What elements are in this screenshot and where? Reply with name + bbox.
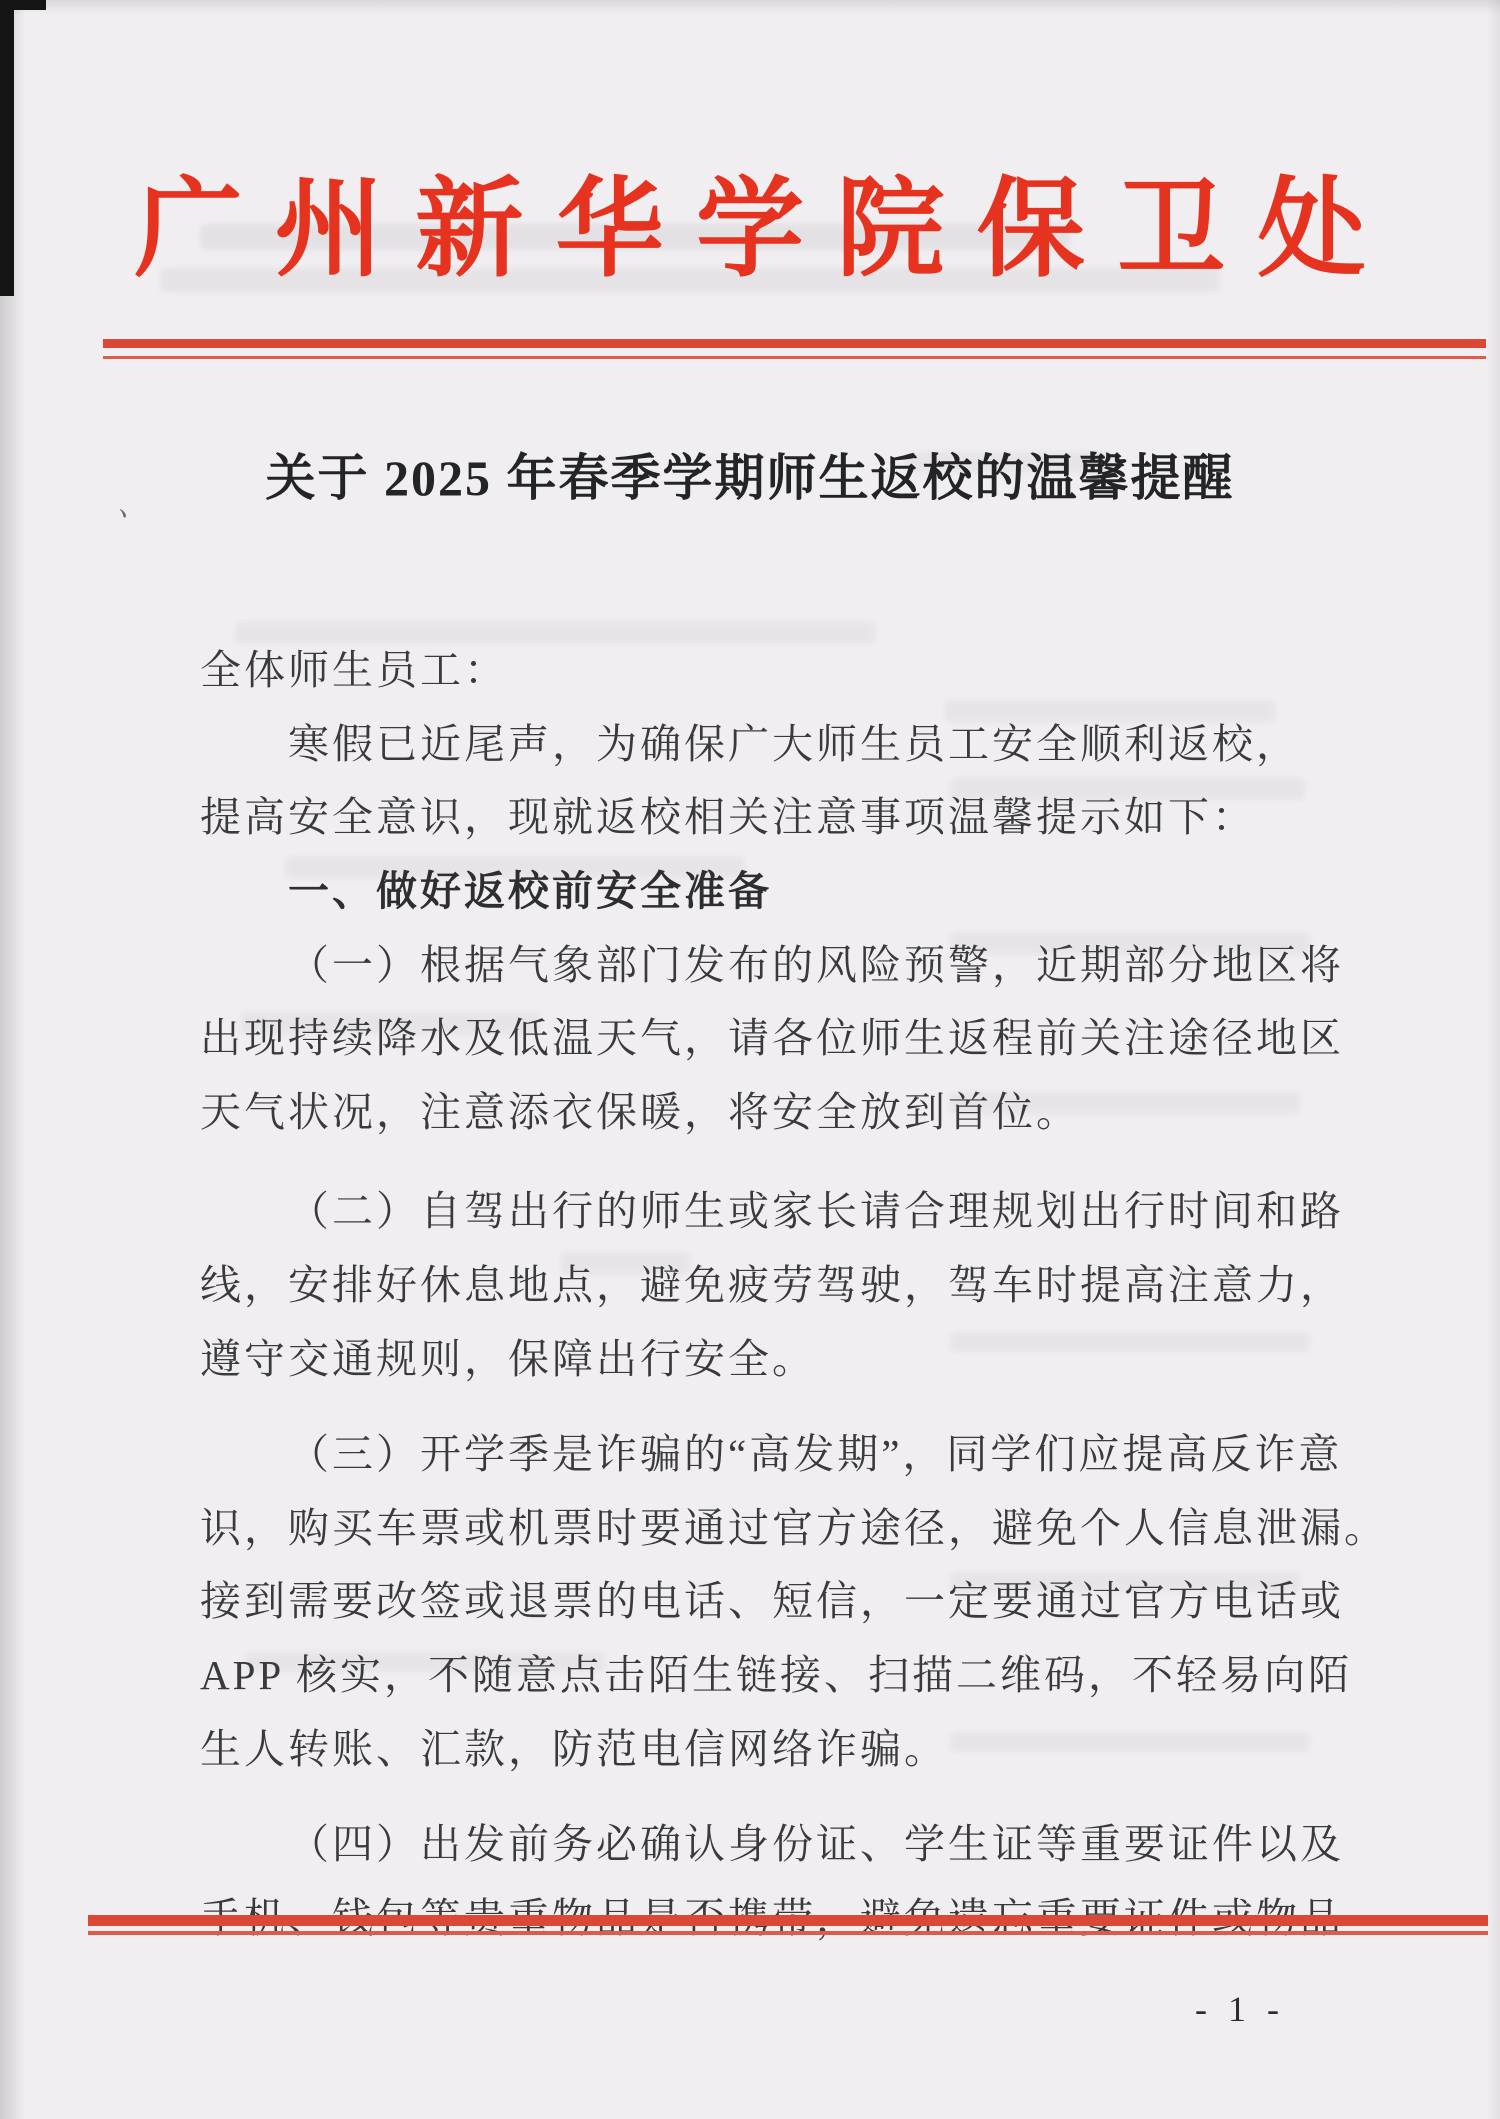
scan-shadow-right — [1486, 0, 1500, 2119]
scanned-document-page: 广州新华学院保卫处 关于 2025 年春季学期师生返校的温馨提醒 、 全体师生员… — [0, 0, 1500, 2119]
scanner-edge-artifact — [0, 0, 46, 10]
body-line: 提高安全意识，现就返校相关注意事项温馨提示如下： — [200, 777, 1330, 851]
header-rule-thin — [103, 356, 1486, 359]
paragraph-item1: （一）根据气象部门发布的风险预警，近期部分地区将 出现持续降水及低温天气，请各位… — [200, 924, 1330, 1145]
body-line: 识，购买车票或机票时要通过官方途径，避免个人信息泄漏。 — [200, 1488, 1330, 1562]
body-line: 生人转账、汇款，防范电信网络诈骗。 — [200, 1708, 1330, 1782]
body-line: 出现持续降水及低温天气，请各位师生返程前关注途径地区 — [200, 998, 1330, 1072]
footer-rule-thin — [88, 1931, 1488, 1935]
scan-shadow-left — [0, 0, 26, 2119]
page-number: - 1 - — [1195, 1988, 1285, 2030]
body-line: APP 核实，不随意点击陌生链接、扫描二维码，不轻易向陌 — [200, 1635, 1330, 1709]
intro-paragraph: 寒假已近尾声，为确保广大师生员工安全顺利返校， 提高安全意识，现就返校相关注意事… — [200, 704, 1330, 851]
paragraph-item4: （四）出发前务必确认身份证、学生证等重要证件以及 手机、钱包等贵重物品是否携带，… — [200, 1804, 1330, 1951]
body-line: （一）根据气象部门发布的风险预警，近期部分地区将 — [200, 924, 1330, 998]
document-title: 关于 2025 年春季学期师生返校的温馨提醒 — [0, 438, 1500, 510]
body-line: 遵守交通规则，保障出行安全。 — [200, 1318, 1330, 1392]
paragraph-item3: （三）开学季是诈骗的“高发期”，同学们应提高反诈意 识，购买车票或机票时要通过官… — [200, 1414, 1330, 1782]
scan-shadow-top — [0, 0, 1500, 14]
header-rule-thick — [103, 339, 1486, 348]
salutation: 全体师生员工： — [200, 630, 1330, 704]
section-heading: 一、做好返校前安全准备 — [200, 851, 1330, 925]
footer-rule-thick — [88, 1915, 1488, 1926]
body-line: 接到需要改签或退票的电话、短信，一定要通过官方电话或 — [200, 1561, 1330, 1635]
body-line: 线，安排好休息地点，避免疲劳驾驶，驾车时提高注意力， — [200, 1245, 1330, 1319]
letterhead-title: 广州新华学院保卫处 — [0, 142, 1500, 297]
document-body: 全体师生员工： 寒假已近尾声，为确保广大师生员工安全顺利返校， 提高安全意识，现… — [200, 630, 1330, 1951]
body-line: 寒假已近尾声，为确保广大师生员工安全顺利返校， — [200, 704, 1330, 778]
body-line: （四）出发前务必确认身份证、学生证等重要证件以及 — [200, 1804, 1330, 1878]
body-line: （二）自驾出行的师生或家长请合理规划出行时间和路 — [200, 1171, 1330, 1245]
body-line: 天气状况，注意添衣保暖，将安全放到首位。 — [200, 1072, 1330, 1146]
paragraph-item2: （二）自驾出行的师生或家长请合理规划出行时间和路 线，安排好休息地点，避免疲劳驾… — [200, 1171, 1330, 1392]
body-line: （三）开学季是诈骗的“高发期”，同学们应提高反诈意 — [200, 1414, 1330, 1488]
